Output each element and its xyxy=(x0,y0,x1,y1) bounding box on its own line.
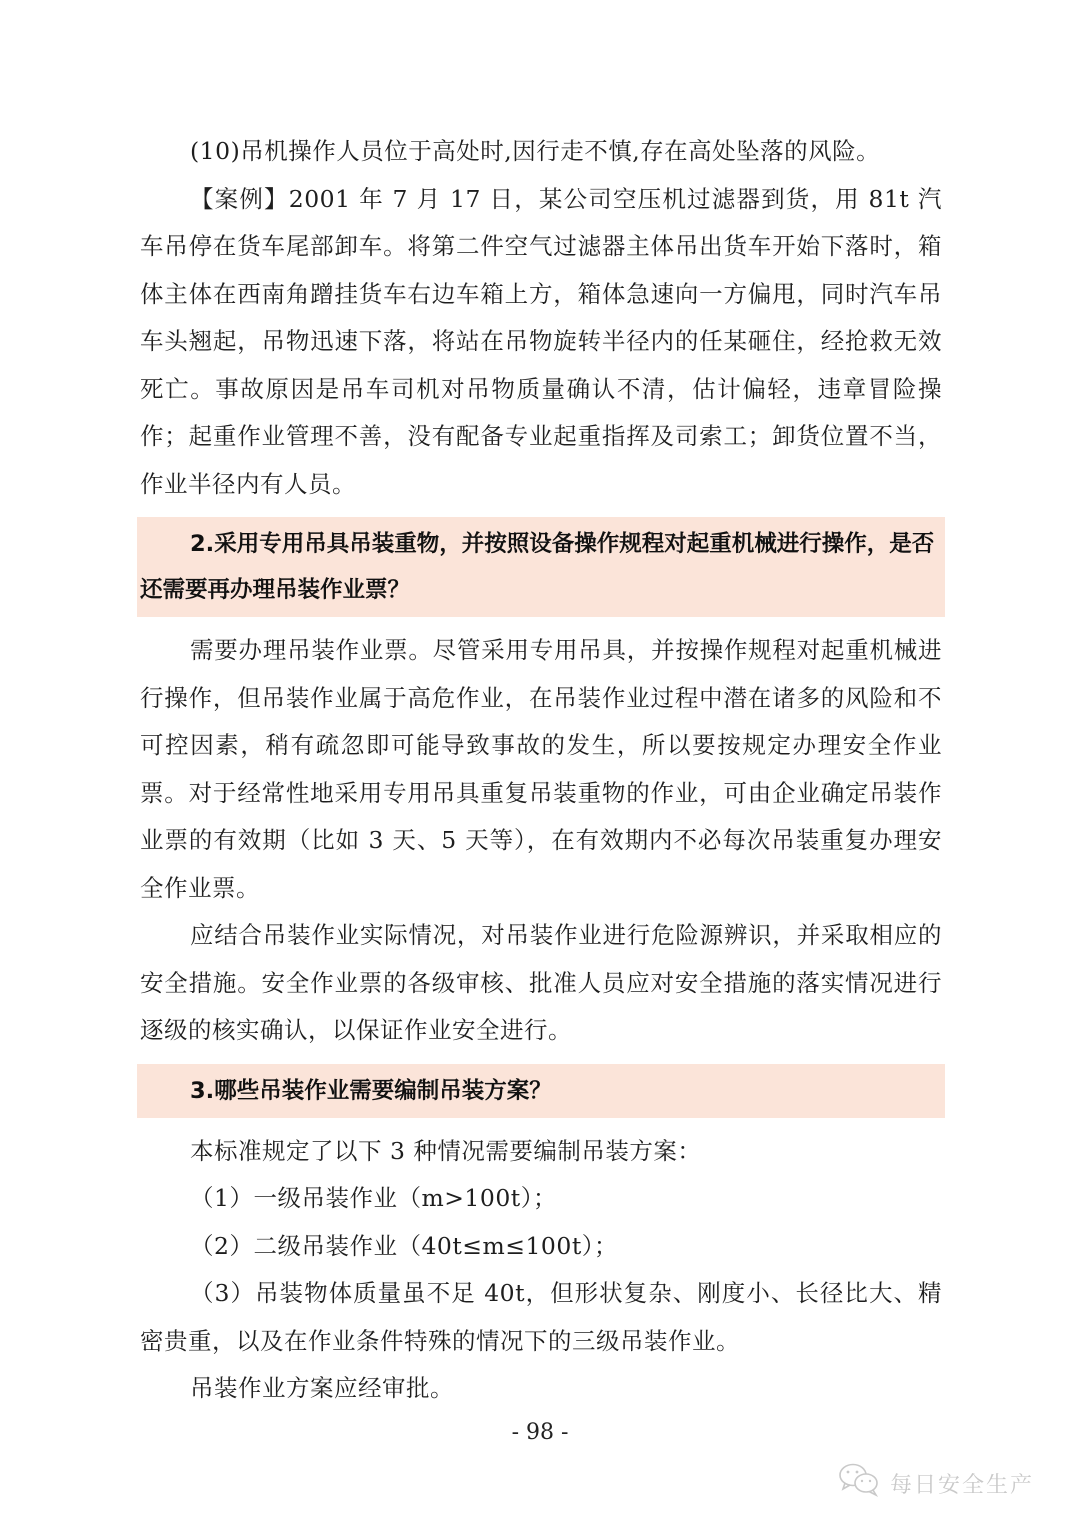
watermark: 每日安全生产 xyxy=(838,1462,1034,1504)
wechat-icon xyxy=(838,1462,890,1504)
paragraph-section3-closing: 吊装作业方案应经审批。 xyxy=(140,1365,942,1413)
page-number: - 98 - xyxy=(0,1420,1080,1445)
list-item-3: （3）吊装物体质量虽不足 40t，但形状复杂、刚度小、长径比大、精密贵重，以及在… xyxy=(140,1270,942,1365)
section-heading-3: 3.哪些吊装作业需要编制吊装方案？ xyxy=(137,1064,945,1118)
section-heading-2: 2.采用专用吊具吊装重物，并按照设备操作规程对起重机械进行操作，是否还需要再办理… xyxy=(137,517,945,617)
watermark-text: 每日安全生产 xyxy=(890,1468,1034,1499)
paragraph-case-study: 【案例】2001 年 7 月 17 日，某公司空压机过滤器到货，用 81t 汽车… xyxy=(140,176,942,509)
paragraph-section3-intro: 本标准规定了以下 3 种情况需要编制吊装方案： xyxy=(140,1128,942,1176)
document-page: (10)吊机操作人员位于高处时,因行走不慎,存在高处坠落的风险。 【案例】200… xyxy=(140,128,942,1413)
list-item-1: （1）一级吊装作业（m>100t）； xyxy=(140,1175,942,1223)
paragraph-section2-measures: 应结合吊装作业实际情况，对吊装作业进行危险源辨识，并采取相应的安全措施。安全作业… xyxy=(140,912,942,1055)
paragraph-risk-10: (10)吊机操作人员位于高处时,因行走不慎,存在高处坠落的风险。 xyxy=(140,128,942,176)
paragraph-section2-answer: 需要办理吊装作业票。尽管采用专用吊具，并按操作规程对起重机械进行操作，但吊装作业… xyxy=(140,627,942,912)
list-item-2: （2）二级吊装作业（40t≤m≤100t）； xyxy=(140,1223,942,1271)
